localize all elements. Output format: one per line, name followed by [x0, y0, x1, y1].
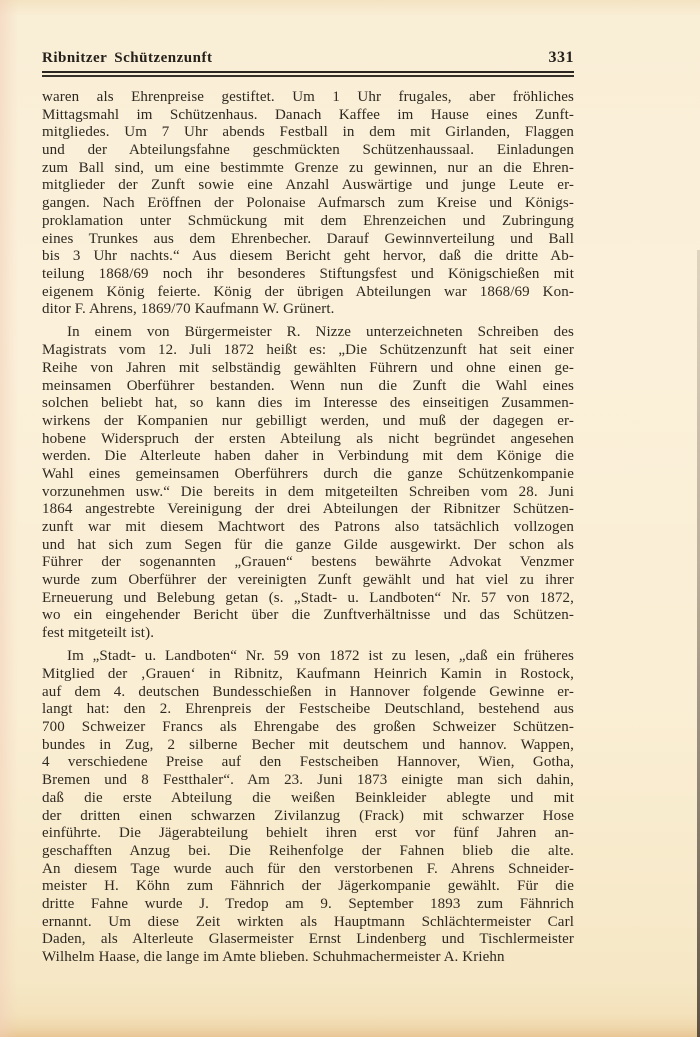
paragraph: Im „Stadt- u. Landboten“ Nr. 59 von 1872…: [42, 648, 574, 966]
text-line: eines Trunkes aus dem Ehrenbecher. Darau…: [42, 231, 574, 249]
text-line: Wahl eines gemeinsamen Oberführers durch…: [42, 466, 574, 484]
text-line: teilung 1868/69 noch ihr besonderes Stif…: [42, 266, 574, 284]
text-line: langt hat: den 2. Ehrenpreis der Festsch…: [42, 701, 574, 719]
text-line: dritte Fahne wurde J. Tredop am 9. Septe…: [42, 896, 574, 914]
text-line: wo ein eingehender Bericht über die Zunf…: [42, 607, 574, 625]
paragraph: In einem von Bürgermeister R. Nizze unte…: [42, 324, 574, 642]
text-line: zum Ball sind, um eine bestimmte Grenze …: [42, 160, 574, 178]
text-line: auf dem 4. deutschen Bundesschießen in H…: [42, 684, 574, 702]
header-double-rule: [42, 71, 574, 77]
text-line: Magistrats vom 12. Juli 1872 heißt es: „…: [42, 342, 574, 360]
text-line: Bremen und 8 Festthaler“. Am 23. Juni 18…: [42, 772, 574, 790]
text-line: An diesem Tage wurde auch für den versto…: [42, 861, 574, 879]
body-text: waren als Ehrenpreise gestiftet. Um 1 Uh…: [42, 89, 574, 967]
text-line: In einem von Bürgermeister R. Nizze unte…: [42, 324, 574, 342]
header-rule-top: [42, 71, 574, 73]
text-line: proklamation unter Schmückung mit dem Eh…: [42, 213, 574, 231]
page-number: 331: [549, 49, 575, 67]
text-line: gangen. Nach Eröffnen der Polonaise Aufm…: [42, 195, 574, 213]
running-header-title: Ribnitzer Schützenzunft: [42, 50, 212, 67]
text-line: Mittagsmahl im Schützenhaus. Danach Kaff…: [42, 107, 574, 125]
page-canvas: Ribnitzer Schützenzunft 331 waren als Eh…: [0, 0, 700, 1037]
text-line: der dritten einen schwarzen Zivilanzug (…: [42, 808, 574, 826]
text-line: Wilhelm Haase, die lange im Amte blieben…: [42, 949, 574, 967]
text-line: vorzunehmen usw.“ Die bereits in dem mit…: [42, 484, 574, 502]
text-line: ditor F. Ahrens, 1869/70 Kaufmann W. Grü…: [42, 301, 574, 319]
text-line: und der Abteilungsfahne geschmückten Sch…: [42, 142, 574, 160]
header-rule-bottom: [42, 75, 574, 76]
text-line: meister H. Köhn zum Fähnrich der Jägerko…: [42, 878, 574, 896]
text-line: meinsamen Oberführer bestanden. Wenn nun…: [42, 378, 574, 396]
text-line: daß die erste Abteilung die weißen Beink…: [42, 790, 574, 808]
text-line: fest mitgeteilt ist).: [42, 625, 574, 643]
text-line: Daden, als Alterleute Glasermeister Erns…: [42, 931, 574, 949]
text-line: wirkens der Kompanien nur gebilligt werd…: [42, 413, 574, 431]
text-line: solchen beliebt hat, so kann dies im Int…: [42, 395, 574, 413]
text-line: 700 Schweizer Francs als Ehrengabe des g…: [42, 719, 574, 737]
text-line: zunft war mit diesem Machtwort des Patro…: [42, 519, 574, 537]
text-line: Im „Stadt- u. Landboten“ Nr. 59 von 1872…: [42, 648, 574, 666]
running-header: Ribnitzer Schützenzunft 331: [42, 49, 574, 67]
text-line: mitglieder der Zunft sowie eine Anzahl A…: [42, 177, 574, 195]
text-line: Erneuerung und Belebung getan (s. „Stadt…: [42, 590, 574, 608]
text-line: eigenem König feierte. König der übrigen…: [42, 284, 574, 302]
text-line: wurde zum Oberführer der vereinigten Zun…: [42, 572, 574, 590]
text-line: 1864 angestrebte Vereinigung der drei Ab…: [42, 501, 574, 519]
text-line: Mitglied der ‚Grauen‘ in Ribnitz, Kaufma…: [42, 666, 574, 684]
scanned-book-page: { "header": { "title": "Ribnitzer Schütz…: [0, 0, 700, 1037]
text-line: werden. Die Alterleute haben daher in Ve…: [42, 448, 574, 466]
text-line: einführte. Die Jägerabteilung behielt ih…: [42, 825, 574, 843]
text-line: waren als Ehrenpreise gestiftet. Um 1 Uh…: [42, 89, 574, 107]
text-line: bis 3 Uhr nachts.“ Aus diesem Bericht ge…: [42, 248, 574, 266]
text-line: hobene Widerspruch der ersten Abteilung …: [42, 431, 574, 449]
text-line: geschafften Anzug bei. Die Reihenfolge d…: [42, 843, 574, 861]
text-line: mitgliedes. Um 7 Uhr abends Festball in …: [42, 124, 574, 142]
text-line: ernannt. Um diese Zeit wirkten als Haupt…: [42, 914, 574, 932]
text-line: Reihe von Jahren mit selbständig gewählt…: [42, 360, 574, 378]
text-line: und hat sich zum Segen für die ganze Gil…: [42, 537, 574, 555]
paragraph: waren als Ehrenpreise gestiftet. Um 1 Uh…: [42, 89, 574, 319]
text-line: Führer der sogenannten „Grauen“ bestens …: [42, 554, 574, 572]
text-line: bundes in Zug, 2 silberne Becher mit deu…: [42, 737, 574, 755]
text-line: 4 verschiedene Preise auf den Festscheib…: [42, 754, 574, 772]
